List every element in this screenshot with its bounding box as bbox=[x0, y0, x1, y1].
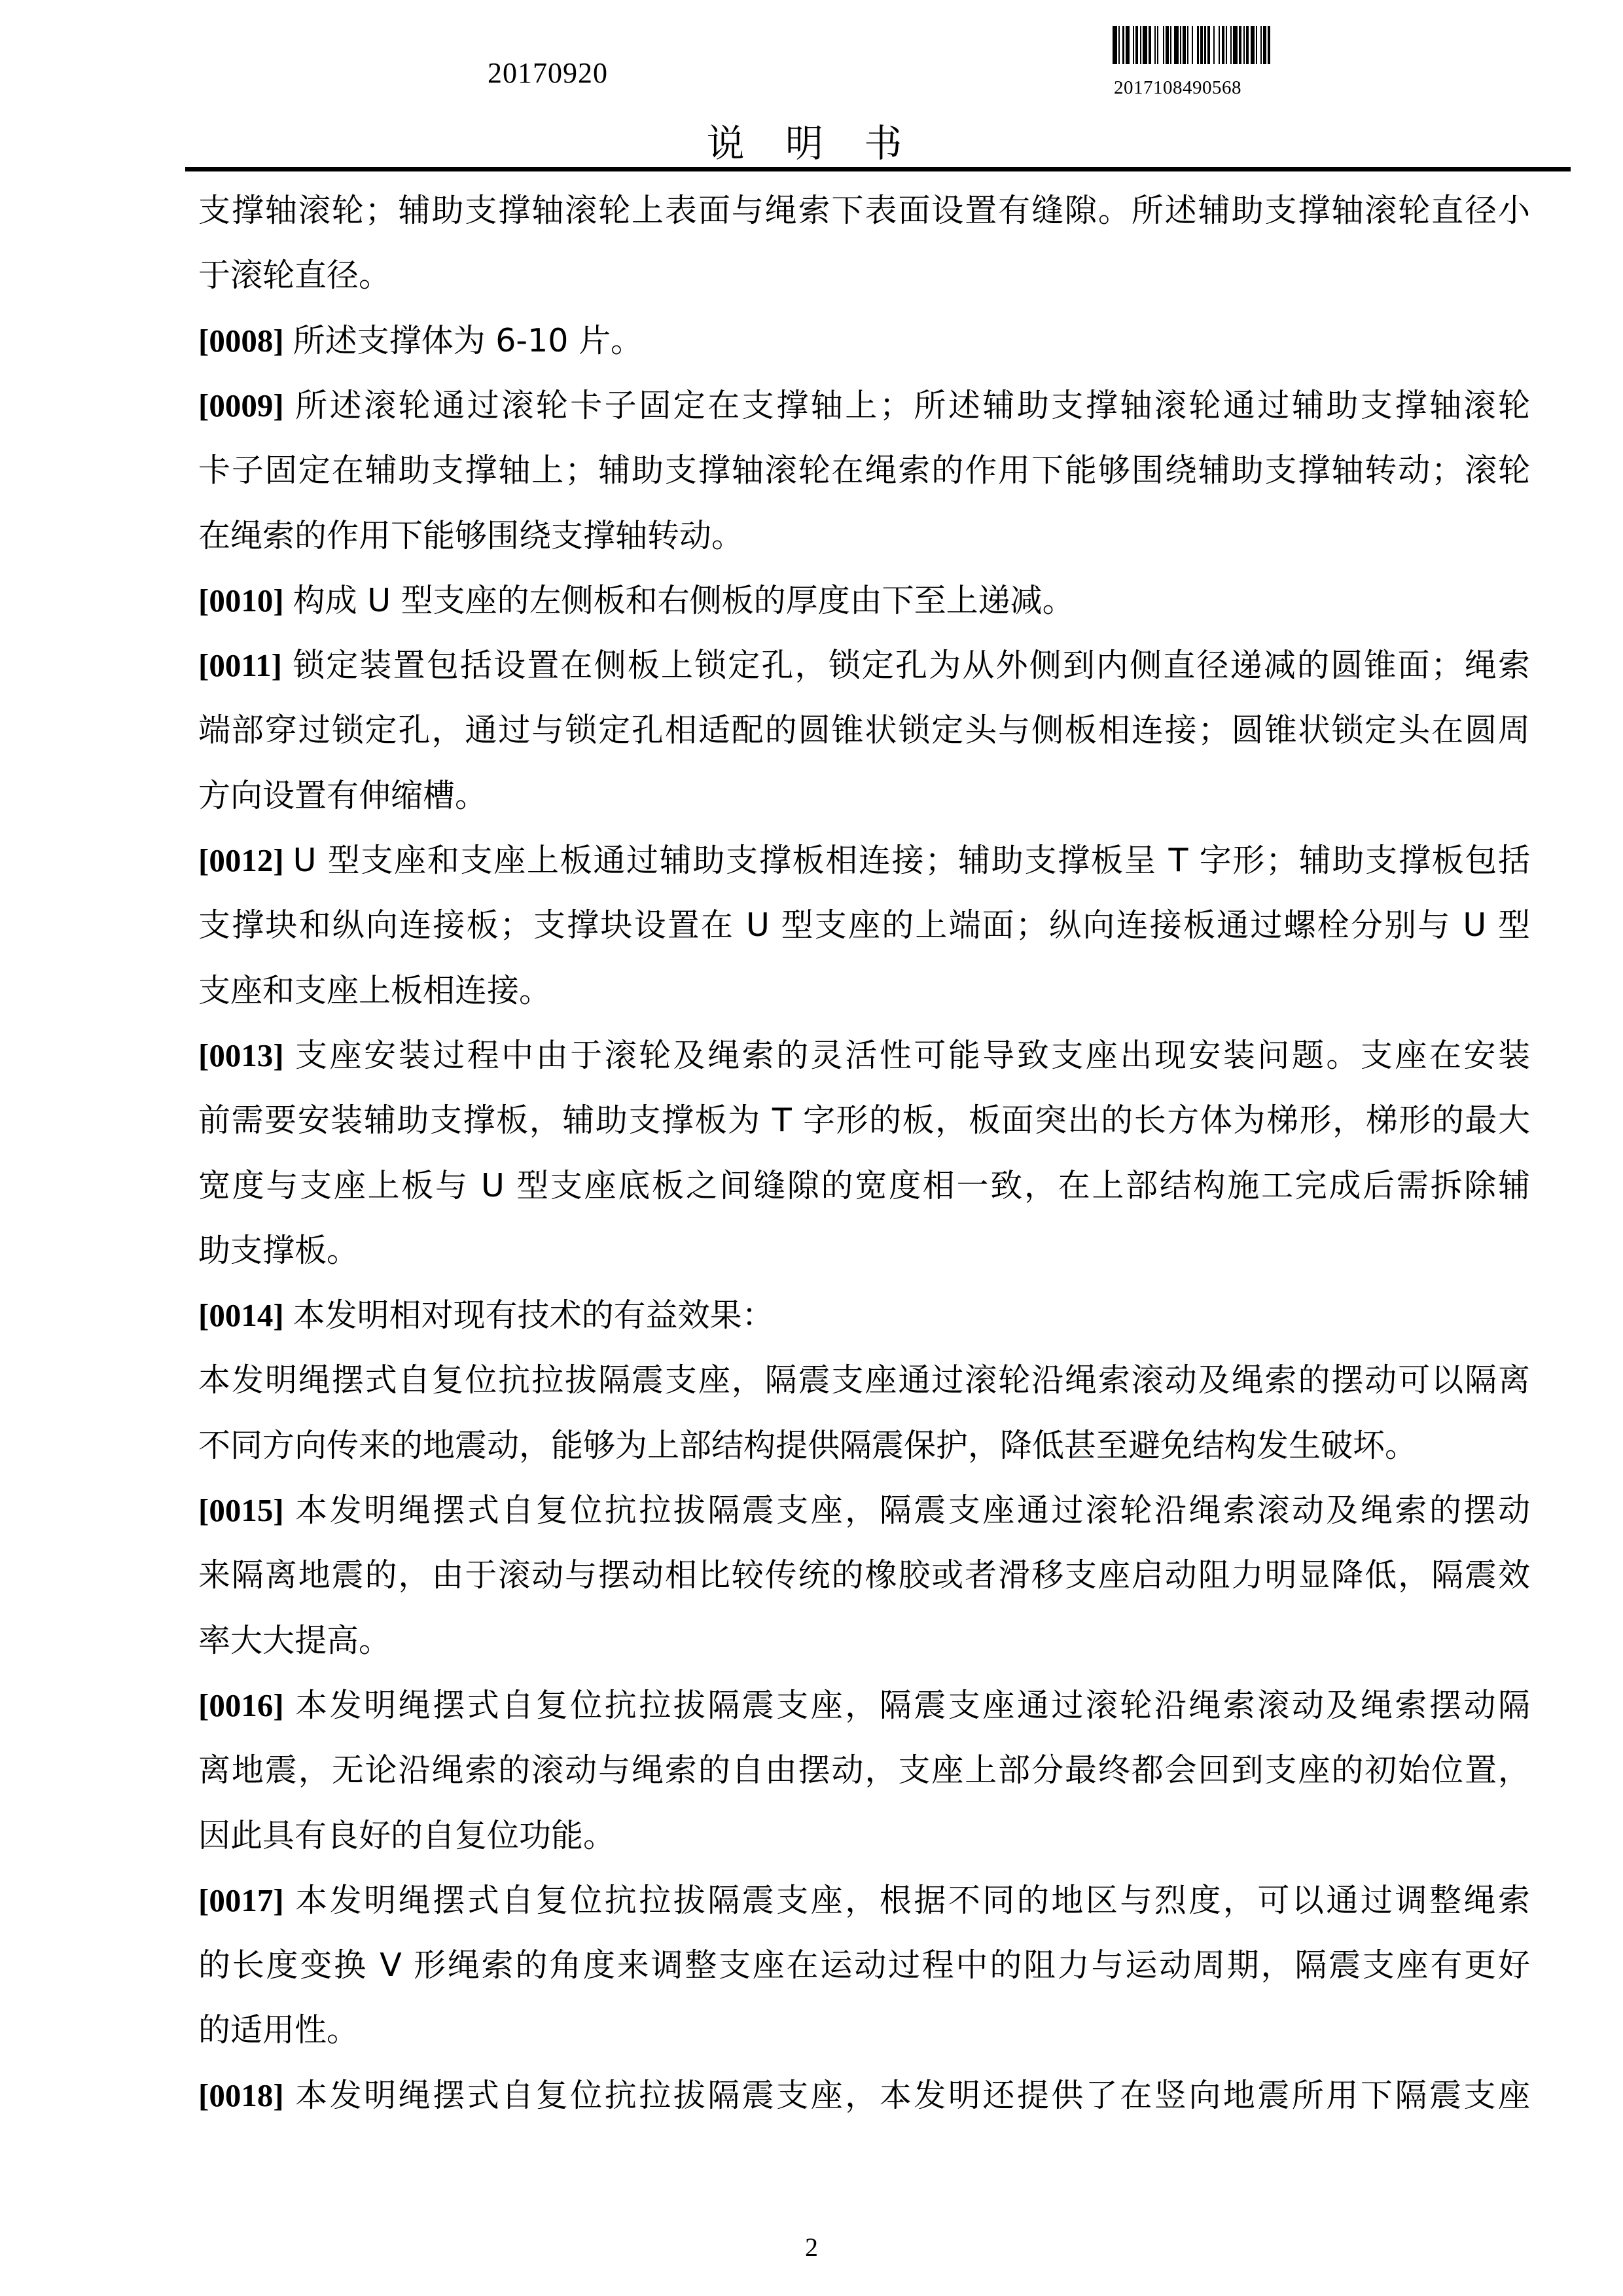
barcode-bar bbox=[1251, 26, 1255, 64]
line-text: 在绳索的作用下能够围绕支撑轴转动。 bbox=[198, 517, 743, 554]
paragraph-line-numbered: [0013]支座安装过程中由于滚轮及绳索的灵活性可能导致支座出现安装问题。支座在… bbox=[198, 1033, 1530, 1079]
line-text: 本发明绳摆式自复位抗拉拔隔震支座，隔震支座通过滚轮沿绳索滚动及绳索摆动隔 bbox=[293, 1687, 1530, 1724]
paragraph-line-numbered: [0008]所述支撑体为 6-10 片。 bbox=[198, 318, 1530, 364]
paragraph-line-numbered: [0014]本发明相对现有技术的有益效果： bbox=[198, 1293, 1530, 1338]
paragraph-line-numbered: [0011]锁定装置包括设置在侧板上锁定孔，锁定孔为从外侧到内侧直径递减的圆锥面… bbox=[198, 643, 1530, 689]
paragraph-line: 来隔离地震的，由于滚动与摆动相比较传统的橡胶或者滑移支座启动阻力明显降低，隔震效 bbox=[198, 1552, 1530, 1598]
barcode-bar bbox=[1270, 26, 1275, 64]
line-text: 宽度与支座上板与 U 型支座底板之间缝隙的宽度相一致，在上部结构施工完成后需拆除… bbox=[198, 1167, 1530, 1204]
paragraph-line: 方向设置有伸缩槽。 bbox=[198, 773, 1530, 819]
header-divider bbox=[185, 167, 1571, 171]
line-text: 卡子固定在辅助支撑轴上；辅助支撑轴滚轮在绳索的作用下能够围绕辅助支撑轴转动；滚轮 bbox=[198, 452, 1530, 489]
paragraph-line: 卡子固定在辅助支撑轴上；辅助支撑轴滚轮在绳索的作用下能够围绕辅助支撑轴转动；滚轮 bbox=[198, 448, 1530, 493]
line-text: 支撑块和纵向连接板；支撑块设置在 U 型支座的上端面；纵向连接板通过螺栓分别与 … bbox=[198, 906, 1530, 944]
paragraph-line: 本发明绳摆式自复位抗拉拔隔震支座，隔震支座通过滚轮沿绳索滚动及绳索的摆动可以隔离 bbox=[198, 1357, 1530, 1403]
paragraph-line: 支座和支座上板相连接。 bbox=[198, 968, 1530, 1014]
line-text: 支撑轴滚轮；辅助支撑轴滚轮上表面与绳索下表面设置有缝隙。所述辅助支撑轴滚轮直径小 bbox=[198, 192, 1530, 229]
paragraph-number: [0009] bbox=[198, 387, 284, 423]
line-text: 本发明绳摆式自复位抗拉拔隔震支座，隔震支座通过滚轮沿绳索滚动及绳索的摆动可以隔离 bbox=[198, 1361, 1530, 1399]
barcode bbox=[1113, 26, 1368, 64]
paragraph-number: [0013] bbox=[198, 1037, 284, 1073]
line-text: 率大大提高。 bbox=[198, 1622, 391, 1659]
line-text: 所述支撑体为 6-10 片。 bbox=[293, 322, 643, 359]
paragraph-line-numbered: [0012]U 型支座和支座上板通过辅助支撑板相连接；辅助支撑板呈 T 字形；辅… bbox=[198, 838, 1530, 884]
paragraph-line: 支撑轴滚轮；辅助支撑轴滚轮上表面与绳索下表面设置有缝隙。所述辅助支撑轴滚轮直径小 bbox=[198, 188, 1530, 234]
paragraph-number: [0012] bbox=[198, 842, 284, 878]
page-title: 说 明 书 bbox=[0, 113, 1623, 168]
line-text: 助支撑板。 bbox=[198, 1232, 359, 1269]
line-text: 方向设置有伸缩槽。 bbox=[198, 777, 487, 814]
line-text: 本发明绳摆式自复位抗拉拔隔震支座，根据不同的地区与烈度，可以通过调整绳索 bbox=[293, 1882, 1530, 1919]
paragraph-number: [0011] bbox=[198, 647, 282, 683]
paragraph-line: 的适用性。 bbox=[198, 2007, 1530, 2053]
line-text: 构成 U 型支座的左侧板和右侧板的厚度由下至上递减。 bbox=[293, 582, 1075, 619]
line-text: 支座安装过程中由于滚轮及绳索的灵活性可能导致支座出现安装问题。支座在安装 bbox=[293, 1037, 1530, 1074]
line-text: 因此具有良好的自复位功能。 bbox=[198, 1817, 615, 1854]
paragraph-number: [0010] bbox=[198, 583, 284, 619]
paragraph-line: 不同方向传来的地震动，能够为上部结构提供隔震保护，降低甚至避免结构发生破坏。 bbox=[198, 1423, 1530, 1469]
paragraph-line: 助支撑板。 bbox=[198, 1228, 1530, 1274]
paragraph-line: 前需要安装辅助支撑板，辅助支撑板为 T 字形的板，板面突出的长方体为梯形，梯形的… bbox=[198, 1098, 1530, 1143]
paragraph-line-numbered: [0015]本发明绳摆式自复位抗拉拔隔震支座，隔震支座通过滚轮沿绳索滚动及绳索的… bbox=[198, 1488, 1530, 1534]
barcode-number: 2017108490568 bbox=[1114, 77, 1241, 99]
line-text: 锁定装置包括设置在侧板上锁定孔，锁定孔为从外侧到内侧直径递减的圆锥面；绳索 bbox=[291, 647, 1530, 684]
paragraph-line-numbered: [0016]本发明绳摆式自复位抗拉拔隔震支座，隔震支座通过滚轮沿绳索滚动及绳索摆… bbox=[198, 1683, 1530, 1729]
barcode-bar bbox=[1143, 26, 1147, 64]
page-number: 2 bbox=[0, 2232, 1623, 2263]
line-text: U 型支座和支座上板通过辅助支撑板相连接；辅助支撑板呈 T 字形；辅助支撑板包括 bbox=[293, 842, 1530, 879]
paragraph-line-numbered: [0009]所述滚轮通过滚轮卡子固定在支撑轴上；所述辅助支撑轴滚轮通过辅助支撑轴… bbox=[198, 383, 1530, 429]
barcode-bar bbox=[1113, 26, 1117, 64]
paragraph-line-numbered: [0018]本发明绳摆式自复位抗拉拔隔震支座，本发明还提供了在竖向地震所用下隔震… bbox=[198, 2073, 1530, 2119]
paragraph-number: [0016] bbox=[198, 1687, 284, 1723]
paragraph-line-numbered: [0010]构成 U 型支座的左侧板和右侧板的厚度由下至上递减。 bbox=[198, 578, 1530, 624]
paragraph-line: 支撑块和纵向连接板；支撑块设置在 U 型支座的上端面；纵向连接板通过螺栓分别与 … bbox=[198, 903, 1530, 948]
line-text: 离地震，无论沿绳索的滚动与绳索的自由摆动，支座上部分最终都会回到支座的初始位置， bbox=[198, 1751, 1530, 1789]
line-text: 本发明绳摆式自复位抗拉拔隔震支座，隔震支座通过滚轮沿绳索滚动及绳索的摆动 bbox=[293, 1492, 1530, 1529]
paragraph-line: 宽度与支座上板与 U 型支座底板之间缝隙的宽度相一致，在上部结构施工完成后需拆除… bbox=[198, 1163, 1530, 1209]
paragraph-line: 于滚轮直径。 bbox=[198, 253, 1530, 298]
paragraph-line: 因此具有良好的自复位功能。 bbox=[198, 1813, 1530, 1859]
paragraph-line: 率大大提高。 bbox=[198, 1618, 1530, 1664]
barcode-bar bbox=[1233, 26, 1238, 64]
line-text: 不同方向传来的地震动，能够为上部结构提供隔震保护，降低甚至避免结构发生破坏。 bbox=[198, 1427, 1417, 1464]
paragraph-number: [0018] bbox=[198, 2077, 284, 2113]
paragraph-number: [0017] bbox=[198, 1882, 284, 1918]
paragraph-line-numbered: [0017]本发明绳摆式自复位抗拉拔隔震支座，根据不同的地区与烈度，可以通过调整… bbox=[198, 1878, 1530, 1924]
filing-date: 20170920 bbox=[488, 56, 608, 90]
line-text: 的适用性。 bbox=[198, 2011, 359, 2049]
line-text: 的长度变换 V 形绳索的角度来调整支座在运动过程中的阻力与运动周期，隔震支座有更… bbox=[198, 1946, 1530, 1984]
line-text: 前需要安装辅助支撑板，辅助支撑板为 T 字形的板，板面突出的长方体为梯形，梯形的… bbox=[198, 1102, 1530, 1139]
paragraph-line: 的长度变换 V 形绳索的角度来调整支座在运动过程中的阻力与运动周期，隔震支座有更… bbox=[198, 1943, 1530, 1988]
paragraph-line: 在绳索的作用下能够围绕支撑轴转动。 bbox=[198, 513, 1530, 559]
paragraph-number: [0015] bbox=[198, 1492, 284, 1528]
line-text: 本发明绳摆式自复位抗拉拔隔震支座，本发明还提供了在竖向地震所用下隔震支座 bbox=[293, 2077, 1530, 2114]
paragraph-line: 端部穿过锁定孔，通过与锁定孔相适配的圆锥状锁定头与侧板相连接；圆锥状锁定头在圆周 bbox=[198, 708, 1530, 753]
line-text: 所述滚轮通过滚轮卡子固定在支撑轴上；所述辅助支撑轴滚轮通过辅助支撑轴滚轮 bbox=[293, 387, 1530, 424]
paragraph-number: [0008] bbox=[198, 323, 284, 359]
line-text: 于滚轮直径。 bbox=[198, 257, 391, 294]
barcode-bar bbox=[1126, 26, 1130, 64]
line-text: 端部穿过锁定孔，通过与锁定孔相适配的圆锥状锁定头与侧板相连接；圆锥状锁定头在圆周 bbox=[198, 711, 1530, 749]
barcode-bar bbox=[1215, 26, 1219, 64]
barcode-bar bbox=[1193, 26, 1198, 64]
paragraph-line: 离地震，无论沿绳索的滚动与绳索的自由摆动，支座上部分最终都会回到支座的初始位置， bbox=[198, 1748, 1530, 1793]
line-text: 支座和支座上板相连接。 bbox=[198, 972, 551, 1009]
line-text: 来隔离地震的，由于滚动与摆动相比较传统的橡胶或者滑移支座启动阻力明显降低，隔震效 bbox=[198, 1556, 1530, 1594]
barcode-bar bbox=[1174, 26, 1179, 64]
line-text: 本发明相对现有技术的有益效果： bbox=[293, 1297, 774, 1334]
barcode-bar bbox=[1158, 26, 1163, 64]
paragraph-number: [0014] bbox=[198, 1297, 284, 1333]
